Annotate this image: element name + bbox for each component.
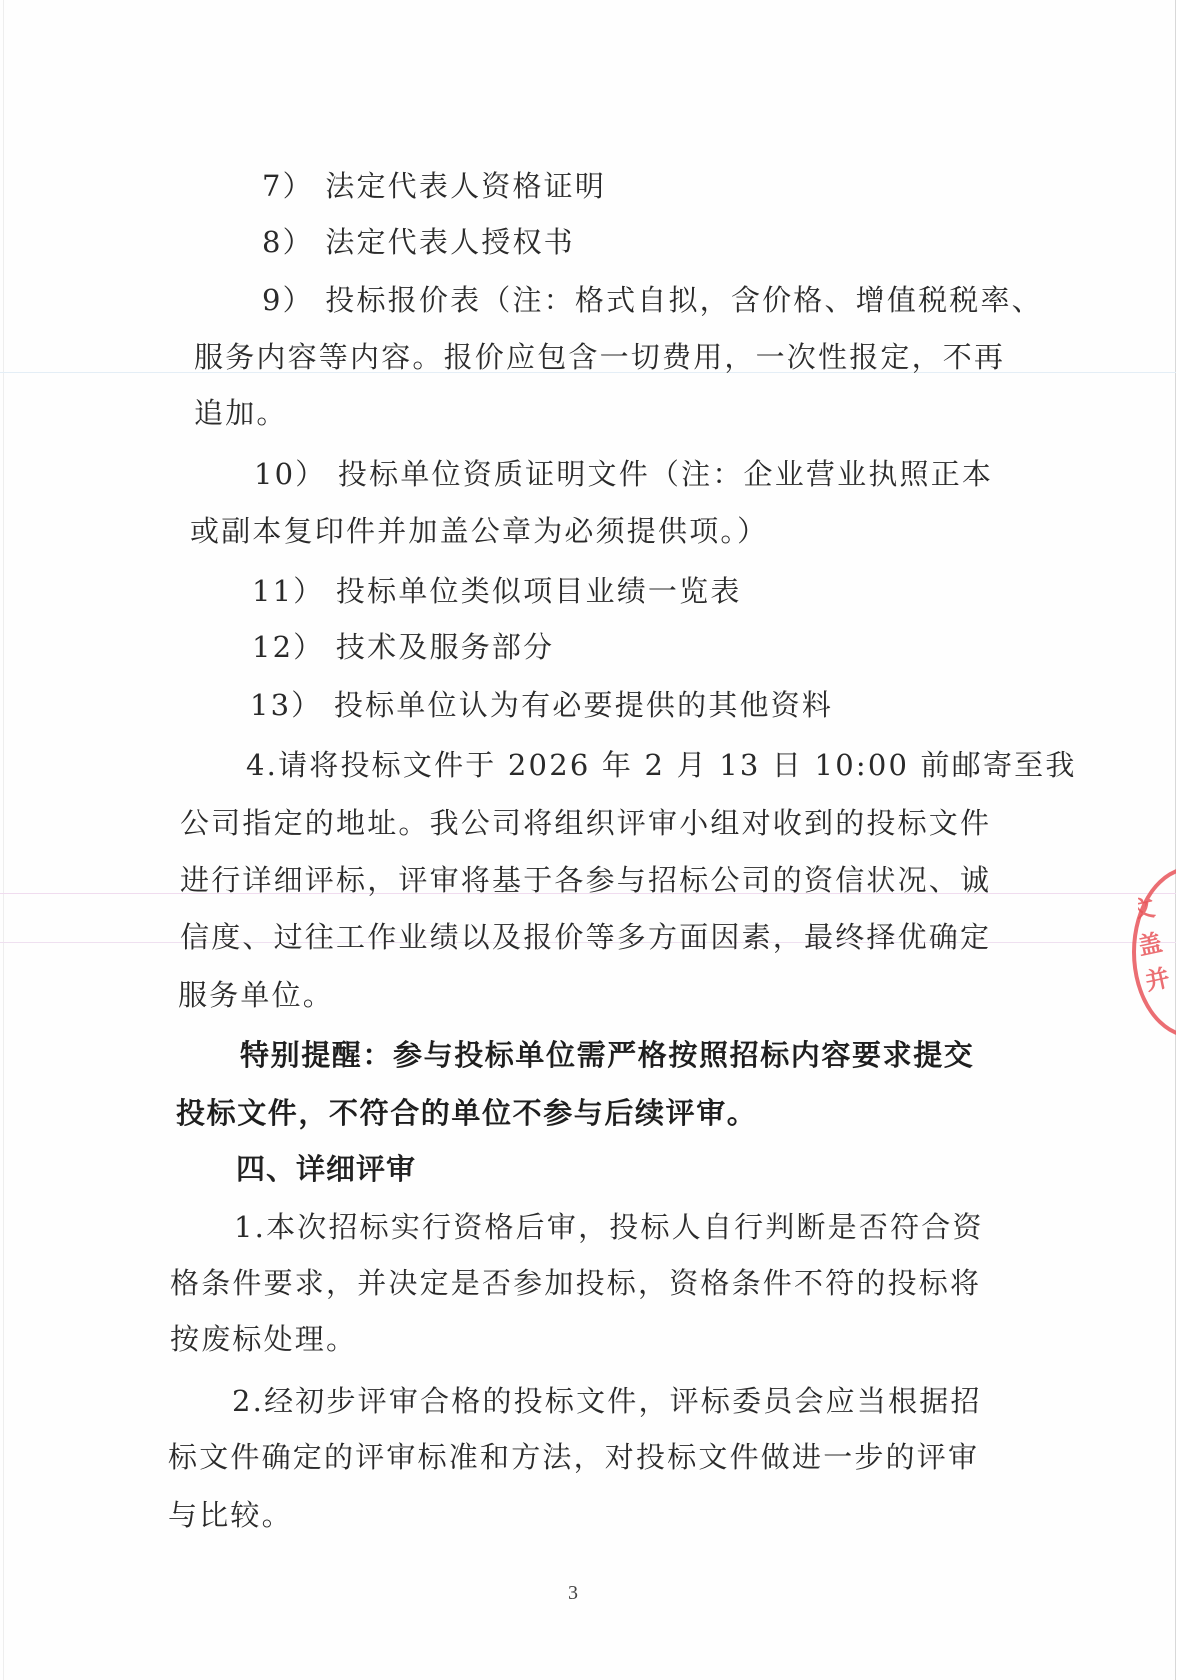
paragraph-4-line-3: 进行详细评标，评审将基于各参与招标公司的资信状况、诚 [180,863,991,897]
page-number: 3 [568,1582,578,1605]
list-item-11: 11） 投标单位类似项目业绩一览表 [252,574,742,608]
paragraph-4-line-5: 服务单位。 [178,978,334,1012]
list-item-12: 12） 技术及服务部分 [252,630,554,664]
section-heading-detailed-review: 四、详细评审 [236,1152,416,1186]
list-item-9-line-3: 追加。 [194,396,288,430]
paragraph-4-line-1: 4.请将投标文件于 2026 年 2 月 13 日 10:00 前邮寄至我 [246,748,1077,782]
document-page: 7） 法定代表人资格证明 8） 法定代表人授权书 9） 投标报价表（注：格式自拟… [0,0,1186,1680]
red-seal-text: 文盖并 [1138,888,1179,1000]
list-item-9-line-2: 服务内容等内容。报价应包含一切费用，一次性报定，不再 [194,340,1005,374]
review-paragraph-1-line-1: 1.本次招标实行资格后审，投标人自行判断是否符合资 [234,1210,984,1244]
list-item-13: 13） 投标单位认为有必要提供的其他资料 [250,688,833,722]
paragraph-4-line-2: 公司指定的地址。我公司将组织评审小组对收到的投标文件 [180,806,991,840]
list-item-10-line-2: 或副本复印件并加盖公章为必须提供项。） [190,514,768,548]
special-reminder-line-1: 特别提醒：参与投标单位需严格按照招标内容要求提交 [240,1038,974,1072]
review-paragraph-2-line-2: 标文件确定的评审标准和方法，对投标文件做进一步的评审 [168,1440,979,1474]
list-item-8: 8） 法定代表人授权书 [262,225,575,259]
paragraph-4-line-4: 信度、过往工作业绩以及报价等多方面因素，最终择优确定 [180,920,991,954]
review-paragraph-2-line-1: 2.经初步评审合格的投标文件，评标委员会应当根据招 [232,1384,982,1418]
special-reminder-line-2: 投标文件，不符合的单位不参与后续评审。 [176,1096,757,1130]
list-item-10-line-1: 10） 投标单位资质证明文件（注：企业营业执照正本 [254,457,993,491]
review-paragraph-2-line-3: 与比较。 [168,1498,293,1532]
scan-left-edge [3,0,4,1680]
review-paragraph-1-line-3: 按废标处理。 [170,1322,357,1356]
list-item-7: 7） 法定代表人资格证明 [262,169,606,203]
page-right-margin [1176,0,1186,1680]
review-paragraph-1-line-2: 格条件要求，并决定是否参加投标，资格条件不符的投标将 [170,1266,981,1300]
list-item-9-line-1: 9） 投标报价表（注：格式自拟，含价格、增值税税率、 [262,283,1043,317]
